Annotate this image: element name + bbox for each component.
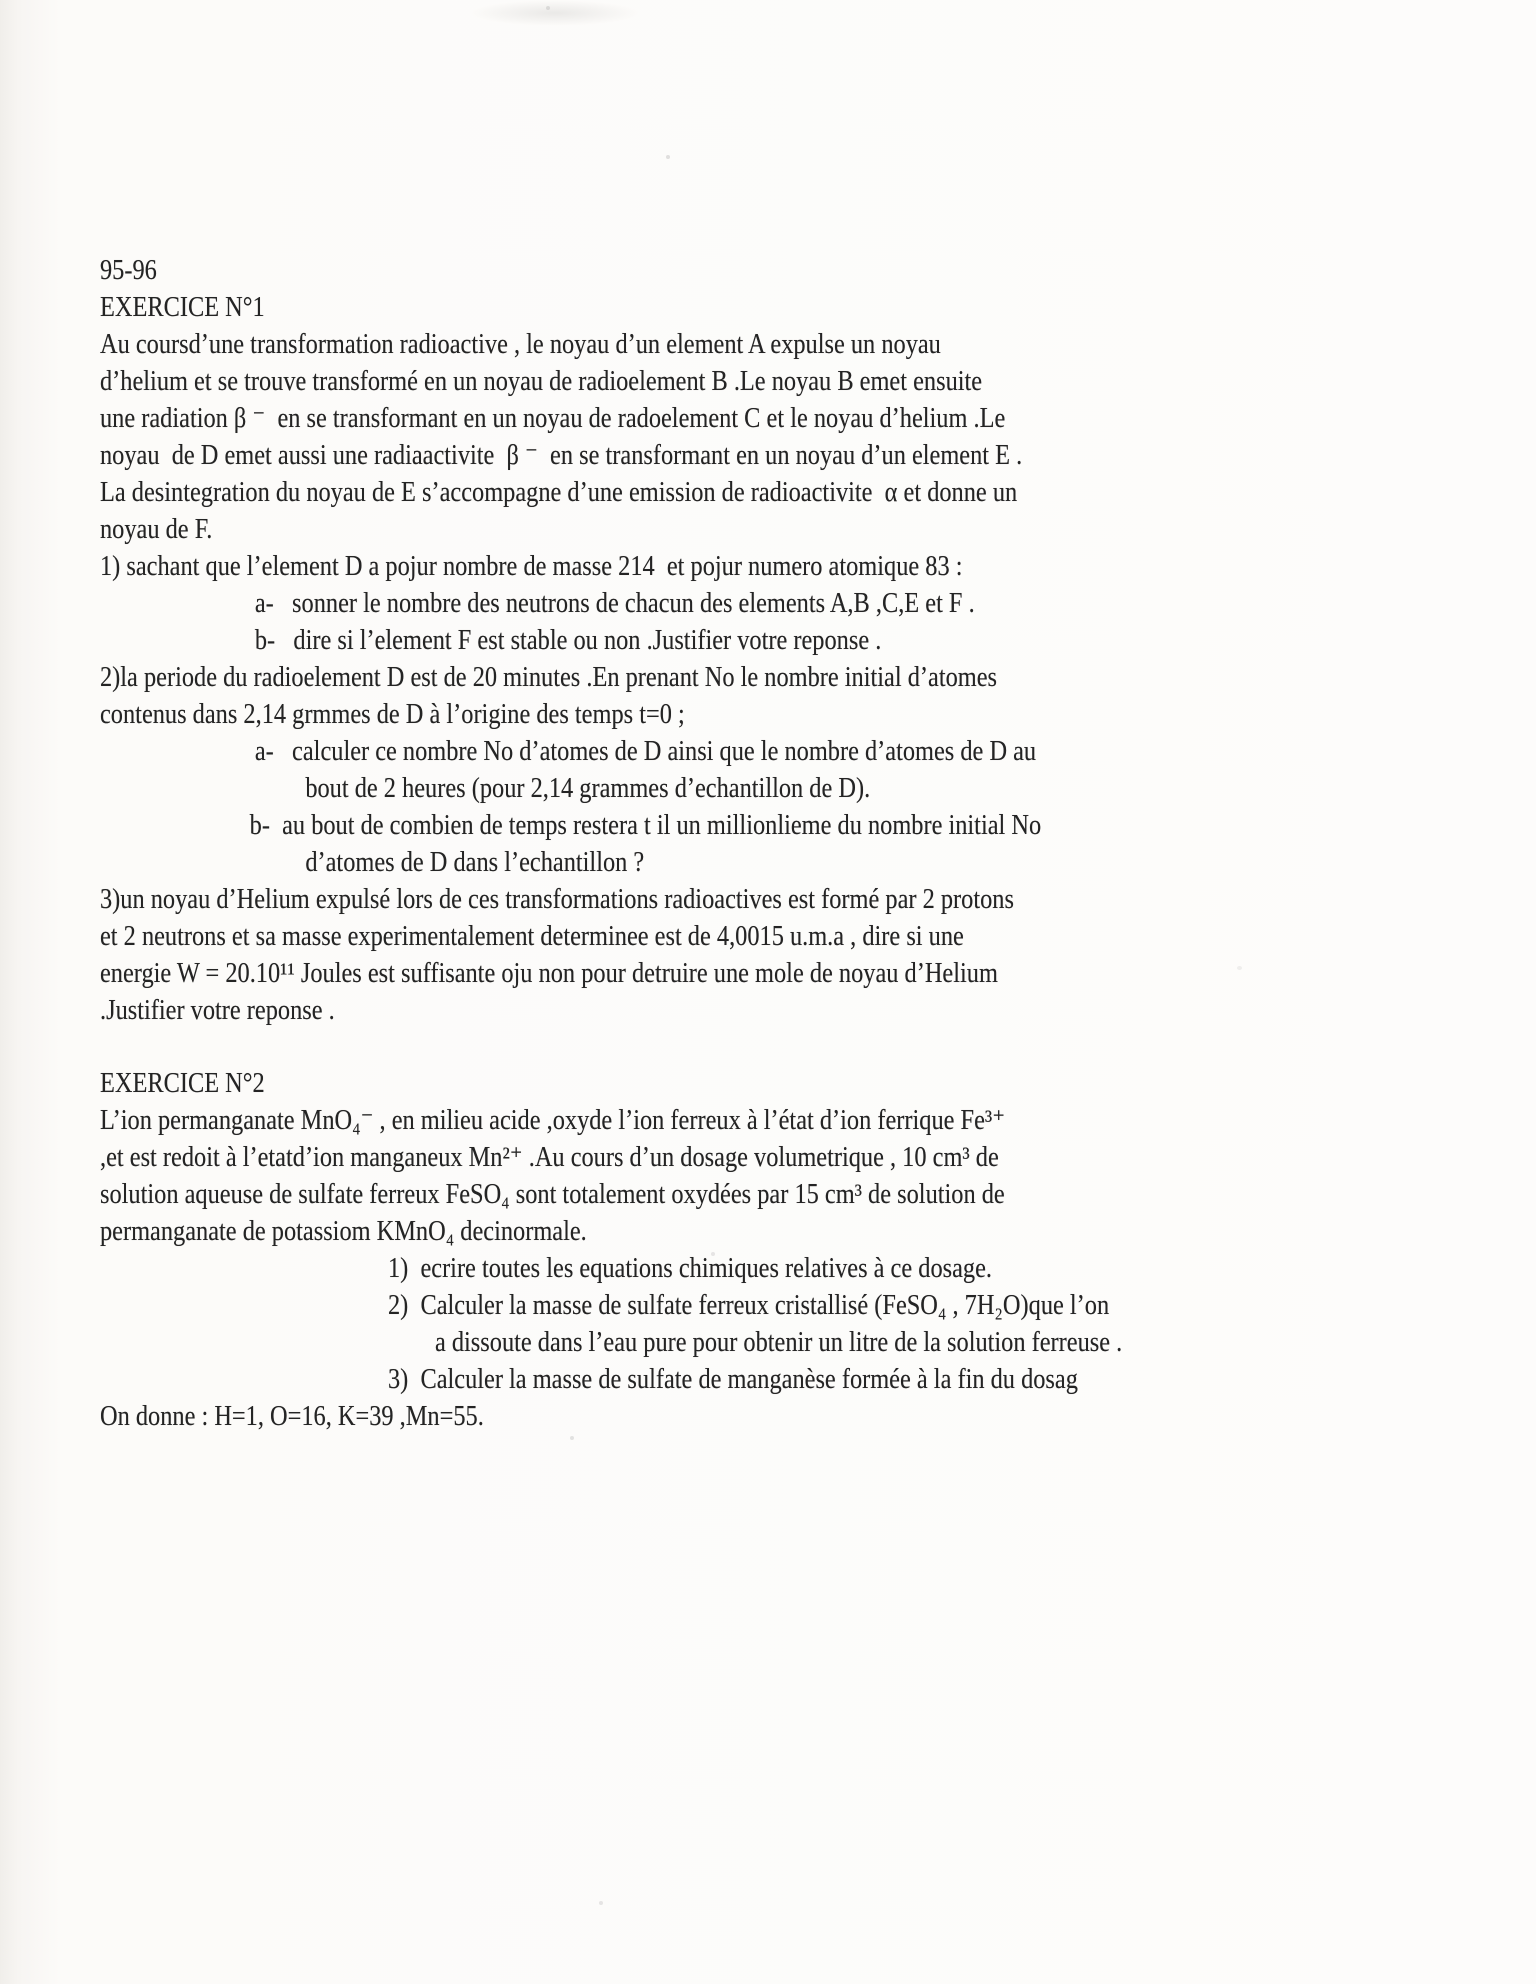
- ex1-question2-b: b- au bout de combien de temps restera t…: [100, 807, 1536, 844]
- ex2-item3: 3) Calculer la masse de sulfate de manga…: [100, 1361, 1536, 1398]
- scan-artifact-speck: [570, 1436, 574, 1440]
- exercise1-title: EXERCICE N°1: [100, 289, 1536, 326]
- ex2-item2-cont: a dissoute dans l’eau pure pour obtenir …: [100, 1324, 1536, 1361]
- ex1-question3-line: 3)un noyau d’Helium expulsé lors de ces …: [100, 881, 1536, 918]
- ex2-intro-line: L’ion permanganate MnO₄⁻ , en milieu aci…: [100, 1102, 1536, 1139]
- ex1-question3-line: et 2 neutrons et sa masse experimentalem…: [100, 918, 1536, 955]
- ex1-intro-line: La desintegration du noyau de E s’accomp…: [100, 474, 1536, 511]
- ex1-question3-line: .Justifier votre reponse .: [100, 992, 1536, 1029]
- scan-artifact-speck: [599, 1901, 603, 1905]
- ex1-intro-line: Au coursd’une transformation radioactive…: [100, 326, 1536, 363]
- ex1-intro-line: une radiation β ⁻ en se transformant en …: [100, 400, 1536, 437]
- document-body: 95-96 EXERCICE N°1 Au coursd’une transfo…: [100, 252, 1536, 1435]
- scan-artifact-smudge: [470, 0, 640, 26]
- ex2-item2: 2) Calculer la masse de sulfate ferreux …: [100, 1287, 1536, 1324]
- ex1-question1-a: a- sonner le nombre des neutrons de chac…: [100, 585, 1536, 622]
- ex1-question2-b-cont: d’atomes de D dans l’echantillon ?: [100, 844, 1536, 881]
- ex1-question2-a-cont: bout de 2 heures (pour 2,14 grammes d’ec…: [100, 770, 1536, 807]
- scan-artifact-speck: [546, 6, 550, 10]
- ex1-question1-b: b- dire si l’element F est stable ou non…: [100, 622, 1536, 659]
- ex2-item1: 1) ecrire toutes les equations chimiques…: [100, 1250, 1536, 1287]
- ex1-question2-line: contenus dans 2,14 grmmes de D à l’origi…: [100, 696, 1536, 733]
- ex1-question1: 1) sachant que l’element D a pojur nombr…: [100, 548, 1536, 585]
- year-label: 95-96: [100, 252, 1536, 289]
- ex1-intro-line: d’helium et se trouve transformé en un n…: [100, 363, 1536, 400]
- scanned-exam-page: 95-96 EXERCICE N°1 Au coursd’une transfo…: [0, 0, 1536, 1984]
- section-gap: [100, 1029, 1536, 1065]
- ex2-intro-line: solution aqueuse de sulfate ferreux FeSO…: [100, 1176, 1536, 1213]
- ex1-intro-line: noyau de D emet aussi une radiaactivite …: [100, 437, 1536, 474]
- given-data-line: On donne : H=1, O=16, K=39 ,Mn=55.: [100, 1398, 1536, 1435]
- ex1-question3-line: energie W = 20.10¹¹ Joules est suffisant…: [100, 955, 1536, 992]
- ex1-intro-line: noyau de F.: [100, 511, 1536, 548]
- ex2-intro-line: ,et est redoit à l’etatd’ion manganeux M…: [100, 1139, 1536, 1176]
- ex1-question2-line: 2)la periode du radioelement D est de 20…: [100, 659, 1536, 696]
- ex1-question2-a: a- calculer ce nombre No d’atomes de D a…: [100, 733, 1536, 770]
- ex2-intro-line: permanganate de potassiom KMnO₄ decinorm…: [100, 1213, 1536, 1250]
- exercise2-title: EXERCICE N°2: [100, 1065, 1536, 1102]
- scan-artifact-speck: [666, 155, 670, 159]
